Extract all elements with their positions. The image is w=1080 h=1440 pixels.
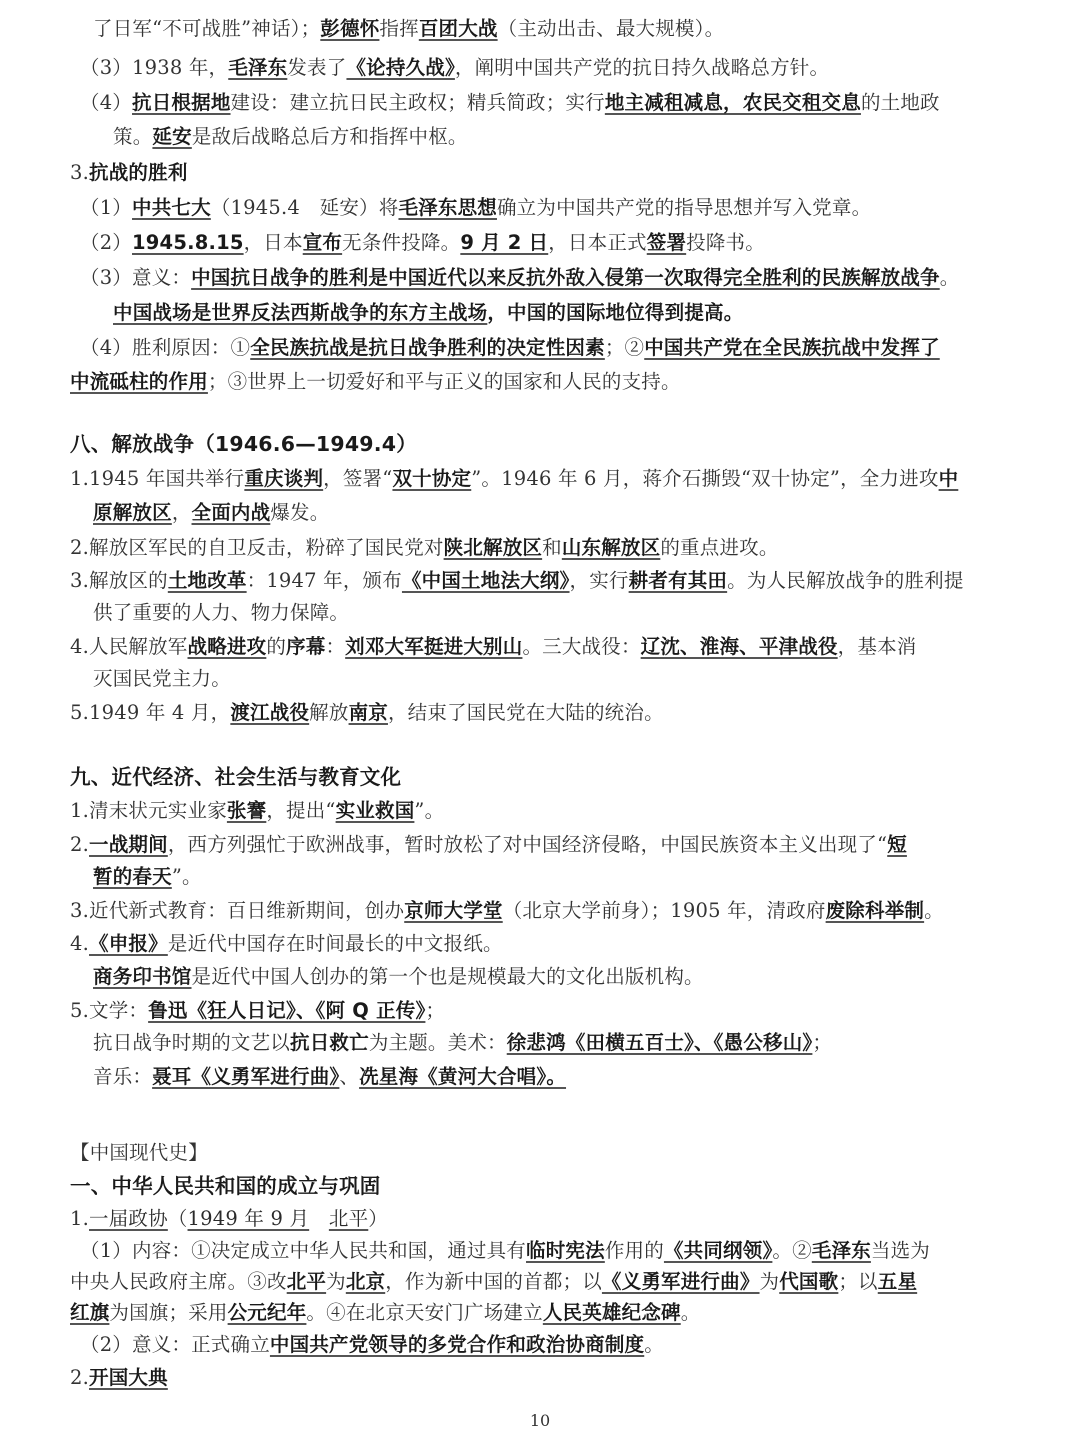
plain-text: ，结束了国民党在大陆的统治。 — [388, 701, 664, 724]
plain-text: 指挥 — [379, 17, 418, 40]
key-term: 重庆谈判 — [244, 467, 323, 490]
plain-text: ；③世界上一切爱好和平与正义的国家和人民的支持。 — [208, 370, 681, 393]
bold-text: 抗战的胜利 — [89, 161, 188, 184]
text-line: （1）内容：①决定成立中华人民共和国，通过具有临时宪法作用的《共同纲领》。②毛泽… — [80, 1236, 930, 1266]
underlined-text: 北平 — [329, 1207, 368, 1230]
plain-text: 2. — [70, 1366, 89, 1389]
text-line: 商务印书馆是近代中国人创办的第一个也是规模最大的文化出版机构。 — [93, 962, 704, 992]
plain-text: 为 — [760, 1270, 780, 1293]
plain-text: ，阐明中国共产党的抗日持久战略总方针。 — [455, 56, 829, 79]
plain-text: （ — [168, 1207, 188, 1230]
key-term: 代国歌 — [779, 1270, 838, 1293]
key-term: 中国战场是世界反法西斯战争的东方主战场 — [113, 301, 487, 324]
text-line: （4）抗日根据地建设：建立抗日民主政权；精兵简政；实行地主减租减息，农民交租交息… — [80, 88, 940, 118]
plain-text: （1） — [80, 196, 132, 219]
text-line: 灭国民党主力。 — [93, 664, 231, 694]
key-term: 中 — [939, 467, 959, 490]
text-line: 原解放区，全面内战爆发。 — [93, 498, 329, 528]
key-term: 宣布 — [303, 231, 342, 254]
plain-text: 是敌后战略总后方和指挥中枢。 — [192, 125, 468, 148]
plain-text: 1.1945 年国共举行 — [70, 467, 244, 490]
key-term: 彭德怀 — [320, 17, 379, 40]
plain-text: （3）1938 年， — [80, 56, 228, 79]
plain-text: （1945.4 延安）将 — [211, 196, 399, 219]
plain-text: 4. — [70, 932, 89, 955]
text-line: 音乐：聂耳《义勇军进行曲》、冼星海《黄河大合唱》。 — [93, 1062, 566, 1092]
key-term: 实业救国 — [336, 799, 415, 822]
plain-text: 和 — [542, 536, 562, 559]
key-term: 临时宪法 — [526, 1239, 605, 1262]
key-term: 全面内战 — [192, 501, 271, 524]
plain-text: 的 — [266, 635, 286, 658]
plain-text: ；以 — [838, 1270, 877, 1293]
text-line: 2.解放区军民的自卫反击，粉碎了国民党对陕北解放区和山东解放区的重点进攻。 — [70, 533, 779, 563]
plain-text: 3. — [70, 161, 89, 184]
key-term: 百团大战 — [419, 17, 498, 40]
key-term: 毛泽东 — [812, 1239, 871, 1262]
plain-text: ，提出“ — [266, 799, 335, 822]
key-term: 徐悲鸿《田横五百士》、《愚公移山》 — [507, 1031, 813, 1054]
key-term: 陕北解放区 — [444, 536, 543, 559]
text-line: （1）中共七大（1945.4 延安）将毛泽东思想确立为中国共产党的指导思想并写入… — [80, 193, 871, 223]
bold-text: 抗日救亡 — [290, 1031, 369, 1054]
plain-text: 2. — [70, 833, 89, 856]
plain-text: 确立为中国共产党的指导思想并写入党章。 — [497, 196, 871, 219]
key-term: 一战期间 — [89, 833, 168, 856]
key-term: 战略进攻 — [188, 635, 267, 658]
plain-text: ，实行 — [570, 569, 629, 592]
plain-text: 抗日战争时期的文艺以 — [93, 1031, 290, 1054]
plain-text: 。 — [644, 1333, 664, 1356]
plain-text: 4.人民解放军 — [70, 635, 188, 658]
plain-text: ，基本消 — [838, 635, 917, 658]
text-line: 4.《申报》是近代中国存在时间最长的中文报纸。 — [70, 929, 503, 959]
key-term: 北京 — [346, 1270, 385, 1293]
plain-text: ，日本正式 — [548, 231, 647, 254]
key-term: 全民族抗战是抗日战争胜利的决定性因素 — [250, 336, 605, 359]
plain-text: 中央人民政府主席。③改 — [70, 1270, 287, 1293]
plain-text: 无条件投降。 — [342, 231, 460, 254]
plain-text: 音乐： — [93, 1065, 152, 1088]
key-term: 毛泽东思想 — [398, 196, 497, 219]
text-line: （3）1938 年，毛泽东发表了《论持久战》，阐明中国共产党的抗日持久战略总方针… — [80, 53, 829, 83]
key-term: 毛泽东 — [228, 56, 287, 79]
plain-text: ，日本 — [244, 231, 303, 254]
key-term: 山东解放区 — [562, 536, 661, 559]
plain-text: 为国旗；采用 — [109, 1301, 227, 1324]
plain-text: 了日军“不可战胜”神话）； — [93, 17, 320, 40]
plain-text: 发表了 — [287, 56, 346, 79]
plain-text: ，签署“ — [323, 467, 392, 490]
text-line: 抗日战争时期的文艺以抗日救亡为主题。美术：徐悲鸿《田横五百士》、《愚公移山》； — [93, 1028, 832, 1058]
key-term: 《论持久战》 — [346, 56, 454, 79]
key-term: 中国共产党在全民族抗战中发挥了 — [644, 336, 940, 359]
text-line: 5.文学：鲁迅《狂人日记》、《阿 Q 正传》； — [70, 996, 445, 1026]
plain-text: ， — [172, 501, 192, 524]
plain-text: 【中国现代史】 — [70, 1141, 208, 1164]
plain-text: 。三大战役： — [522, 635, 640, 658]
plain-text: 1. — [70, 1207, 89, 1230]
plain-text: 、 — [339, 1065, 359, 1088]
plain-text: 。 — [940, 266, 960, 289]
key-term: 南京 — [349, 701, 388, 724]
key-term: 冼星海《黄河大合唱》。 — [359, 1065, 566, 1088]
text-line: 3.解放区的土地改革：1947 年，颁布《中国土地法大纲》，实行耕者有其田。为人… — [70, 566, 964, 596]
plain-text: ； — [425, 999, 445, 1022]
key-term: 京师大学堂 — [404, 899, 503, 922]
key-term: 商务印书馆 — [93, 965, 192, 988]
text-line: 1.一届政协（1949 年 9 月 北平） — [70, 1204, 388, 1234]
key-term: 公元纪年 — [228, 1301, 307, 1324]
text-line: （3）意义：中国抗日战争的胜利是中国近代以来反抗外敌入侵第一次取得完全胜利的民族… — [80, 263, 959, 293]
plain-text: 解放 — [309, 701, 348, 724]
text-line: 3.近代新式教育：百日维新期间，创办京师大学堂（北京大学前身）；1905 年，清… — [70, 896, 944, 926]
plain-text: 。为人民解放战争的胜利提 — [727, 569, 963, 592]
plain-text: ”。 — [172, 865, 202, 888]
plain-text: 2.解放区军民的自卫反击，粉碎了国民党对 — [70, 536, 444, 559]
plain-text: ”。 — [414, 799, 444, 822]
plain-text: ； — [812, 1031, 832, 1054]
plain-text: 投降书。 — [686, 231, 765, 254]
underlined-text: 一届政协 — [89, 1207, 168, 1230]
plain-text: （3）意义： — [80, 266, 191, 289]
key-term: 《申报》 — [89, 932, 168, 955]
text-line: （2）意义：正式确立中国共产党领导的多党合作和政治协商制度。 — [80, 1330, 664, 1360]
plain-text: ，作为新中国的首都；以 — [385, 1270, 602, 1293]
text-line: 1.清末状元实业家张謇，提出“实业救国”。 — [70, 796, 444, 826]
key-term: 抗日根据地 — [132, 91, 231, 114]
key-term: 《义勇军进行曲》 — [602, 1270, 760, 1293]
key-term: 鲁迅《狂人日记》、《阿 Q 正传》 — [148, 999, 425, 1022]
key-term: 中国共产党领导的多党合作和政治协商制度 — [270, 1333, 644, 1356]
key-term: 辽沈、淮海、平津战役 — [641, 635, 838, 658]
plain-text: 5.1949 年 4 月， — [70, 701, 230, 724]
key-term: 北平 — [287, 1270, 326, 1293]
bold-text: 一、中华人民共和国的成立与巩固 — [70, 1174, 381, 1198]
plain-text: 为主题。美术： — [369, 1031, 507, 1054]
text-line: 中央人民政府主席。③改北平为北京，作为新中国的首都；以《义勇军进行曲》为代国歌；… — [70, 1267, 917, 1297]
plain-text: 建设：建立抗日民主政权；精兵简政；实行 — [231, 91, 605, 114]
plain-text: ”。1946 年 6 月，蒋介石撕毁“双十协定”，全力进攻 — [471, 467, 938, 490]
plain-text: 作用的 — [605, 1239, 664, 1262]
key-term: 人民英雄纪念碑 — [543, 1301, 681, 1324]
plain-text: ，西方列强忙于欧洲战事，暂时放松了对中国经济侵略，中国民族资本主义出现了“ — [168, 833, 887, 856]
plain-text: （2）意义：正式确立 — [80, 1333, 270, 1356]
key-term: 短 — [887, 833, 907, 856]
plain-text: 灭国民党主力。 — [93, 667, 231, 690]
text-line: 1.1945 年国共举行重庆谈判，签署“双十协定”。1946 年 6 月，蒋介石… — [70, 464, 958, 494]
plain-text: （北京大学前身）；1905 年，清政府 — [503, 899, 826, 922]
plain-text: （2） — [80, 231, 132, 254]
key-term: 《共同纲领》 — [664, 1239, 772, 1262]
key-term: 原解放区 — [93, 501, 172, 524]
text-line: 中国战场是世界反法西斯战争的东方主战场，中国的国际地位得到提高。 — [113, 298, 743, 328]
plain-text: 是近代中国存在时间最长的中文报纸。 — [168, 932, 503, 955]
key-term: 9 月 2 日 — [460, 231, 548, 254]
key-term: 地主减租减息，农民交租交息 — [605, 91, 861, 114]
plain-text: ：1947 年，颁布 — [247, 569, 402, 592]
plain-text: 1.清末状元实业家 — [70, 799, 227, 822]
plain-text: 的土地政 — [861, 91, 940, 114]
plain-text: 策。 — [113, 125, 152, 148]
plain-text: 。 — [924, 899, 944, 922]
plain-text: （4）胜利原因：① — [80, 336, 250, 359]
bold-text: 九、近代经济、社会生活与教育文化 — [70, 765, 401, 789]
section-heading: 九、近代经济、社会生活与教育文化 — [70, 762, 401, 792]
plain-text: 3.解放区的 — [70, 569, 168, 592]
key-term: 聂耳《义勇军进行曲》 — [152, 1065, 339, 1088]
plain-text: （1）内容：①决定成立中华人民共和国，通过具有 — [80, 1239, 526, 1262]
plain-text: （4） — [80, 91, 132, 114]
plain-text: ： — [325, 635, 345, 658]
text-line: 5.1949 年 4 月，渡江战役解放南京，结束了国民党在大陆的统治。 — [70, 698, 664, 728]
text-line: 中流砥柱的作用；③世界上一切爱好和平与正义的国家和人民的支持。 — [70, 367, 681, 397]
text-line: 2.一战期间，西方列强忙于欧洲战事，暂时放松了对中国经济侵略，中国民族资本主义出… — [70, 830, 907, 860]
text-line: 2.开国大典 — [70, 1363, 168, 1393]
plain-text: （主动出击、最大规模）。 — [498, 17, 725, 40]
plain-text: ） — [368, 1207, 388, 1230]
key-term: 中流砥柱的作用 — [70, 370, 208, 393]
plain-text: 供了重要的人力、物力保障。 — [93, 601, 349, 624]
underlined-text: 1949 年 9 月 — [188, 1207, 310, 1230]
key-term: 签署 — [647, 231, 686, 254]
plain-text: 。④在北京天安门广场建立 — [306, 1301, 542, 1324]
key-term: 《中国土地法大纲》 — [402, 569, 570, 592]
key-term: 延安 — [152, 125, 191, 148]
text-line: 4.人民解放军战略进攻的序幕：刘邓大军挺进大别山。三大战役：辽沈、淮海、平津战役… — [70, 632, 916, 662]
key-term: 开国大典 — [89, 1366, 168, 1389]
text-line: （4）胜利原因：①全民族抗战是抗日战争胜利的决定性因素；②中国共产党在全民族抗战… — [80, 333, 940, 363]
key-term: 土地改革 — [168, 569, 247, 592]
text-line: 了日军“不可战胜”神话）；彭德怀指挥百团大战（主动出击、最大规模）。 — [93, 14, 724, 44]
text-line: 策。延安是敌后战略总后方和指挥中枢。 — [113, 122, 468, 152]
section-heading: 八、解放战争（1946.6—1949.4） — [70, 429, 417, 459]
text-line: 3.抗战的胜利 — [70, 158, 188, 188]
key-term: 废除科举制 — [826, 899, 925, 922]
key-term: 1945.8.15 — [132, 231, 244, 254]
key-term: 五星 — [878, 1270, 917, 1293]
text-line: （2）1945.8.15，日本宣布无条件投降。9 月 2 日，日本正式签署投降书… — [80, 228, 765, 258]
plain-text: 。 — [681, 1301, 701, 1324]
plain-text: 当选为 — [871, 1239, 930, 1262]
bold-text: 序幕 — [286, 635, 325, 658]
plain-text: 爆发。 — [270, 501, 329, 524]
key-term: 双十协定 — [392, 467, 471, 490]
plain-text: ；② — [605, 336, 644, 359]
text-line: 供了重要的人力、物力保障。 — [93, 598, 349, 628]
plain-text: 为 — [326, 1270, 346, 1293]
key-term: 刘邓大军挺进大别山 — [345, 635, 522, 658]
key-term: 中共七大 — [132, 196, 211, 219]
plain-text: 的重点进攻。 — [660, 536, 778, 559]
section-heading: 一、中华人民共和国的成立与巩固 — [70, 1171, 381, 1201]
plain-text: 是近代中国人创办的第一个也是规模最大的文化出版机构。 — [192, 965, 704, 988]
text-line: 暂的春天”。 — [93, 862, 202, 892]
page-number: 10 — [0, 1411, 1080, 1430]
key-term: 耕者有其田 — [629, 569, 728, 592]
text-line: 红旗为国旗；采用公元纪年。④在北京天安门广场建立人民英雄纪念碑。 — [70, 1298, 700, 1328]
text-line: 【中国现代史】 — [70, 1138, 208, 1168]
bold-text: ，中国的国际地位得到提高。 — [487, 301, 743, 324]
key-term: 红旗 — [70, 1301, 109, 1324]
bold-text: 八、解放战争（1946.6—1949.4） — [70, 432, 417, 456]
plain-text: 3.近代新式教育：百日维新期间，创办 — [70, 899, 404, 922]
key-term: 渡江战役 — [230, 701, 309, 724]
key-term: 中国抗日战争的胜利是中国近代以来反抗外敌入侵第一次取得完全胜利的民族解放战争 — [191, 266, 940, 289]
key-term: 张謇 — [227, 799, 266, 822]
key-term: 暂的春天 — [93, 865, 172, 888]
plain-text: 5.文学： — [70, 999, 148, 1022]
plain-text: 。② — [772, 1239, 811, 1262]
document-page: 了日军“不可战胜”神话）；彭德怀指挥百团大战（主动出击、最大规模）。（3）193… — [0, 0, 1080, 1440]
plain-text — [309, 1207, 329, 1230]
